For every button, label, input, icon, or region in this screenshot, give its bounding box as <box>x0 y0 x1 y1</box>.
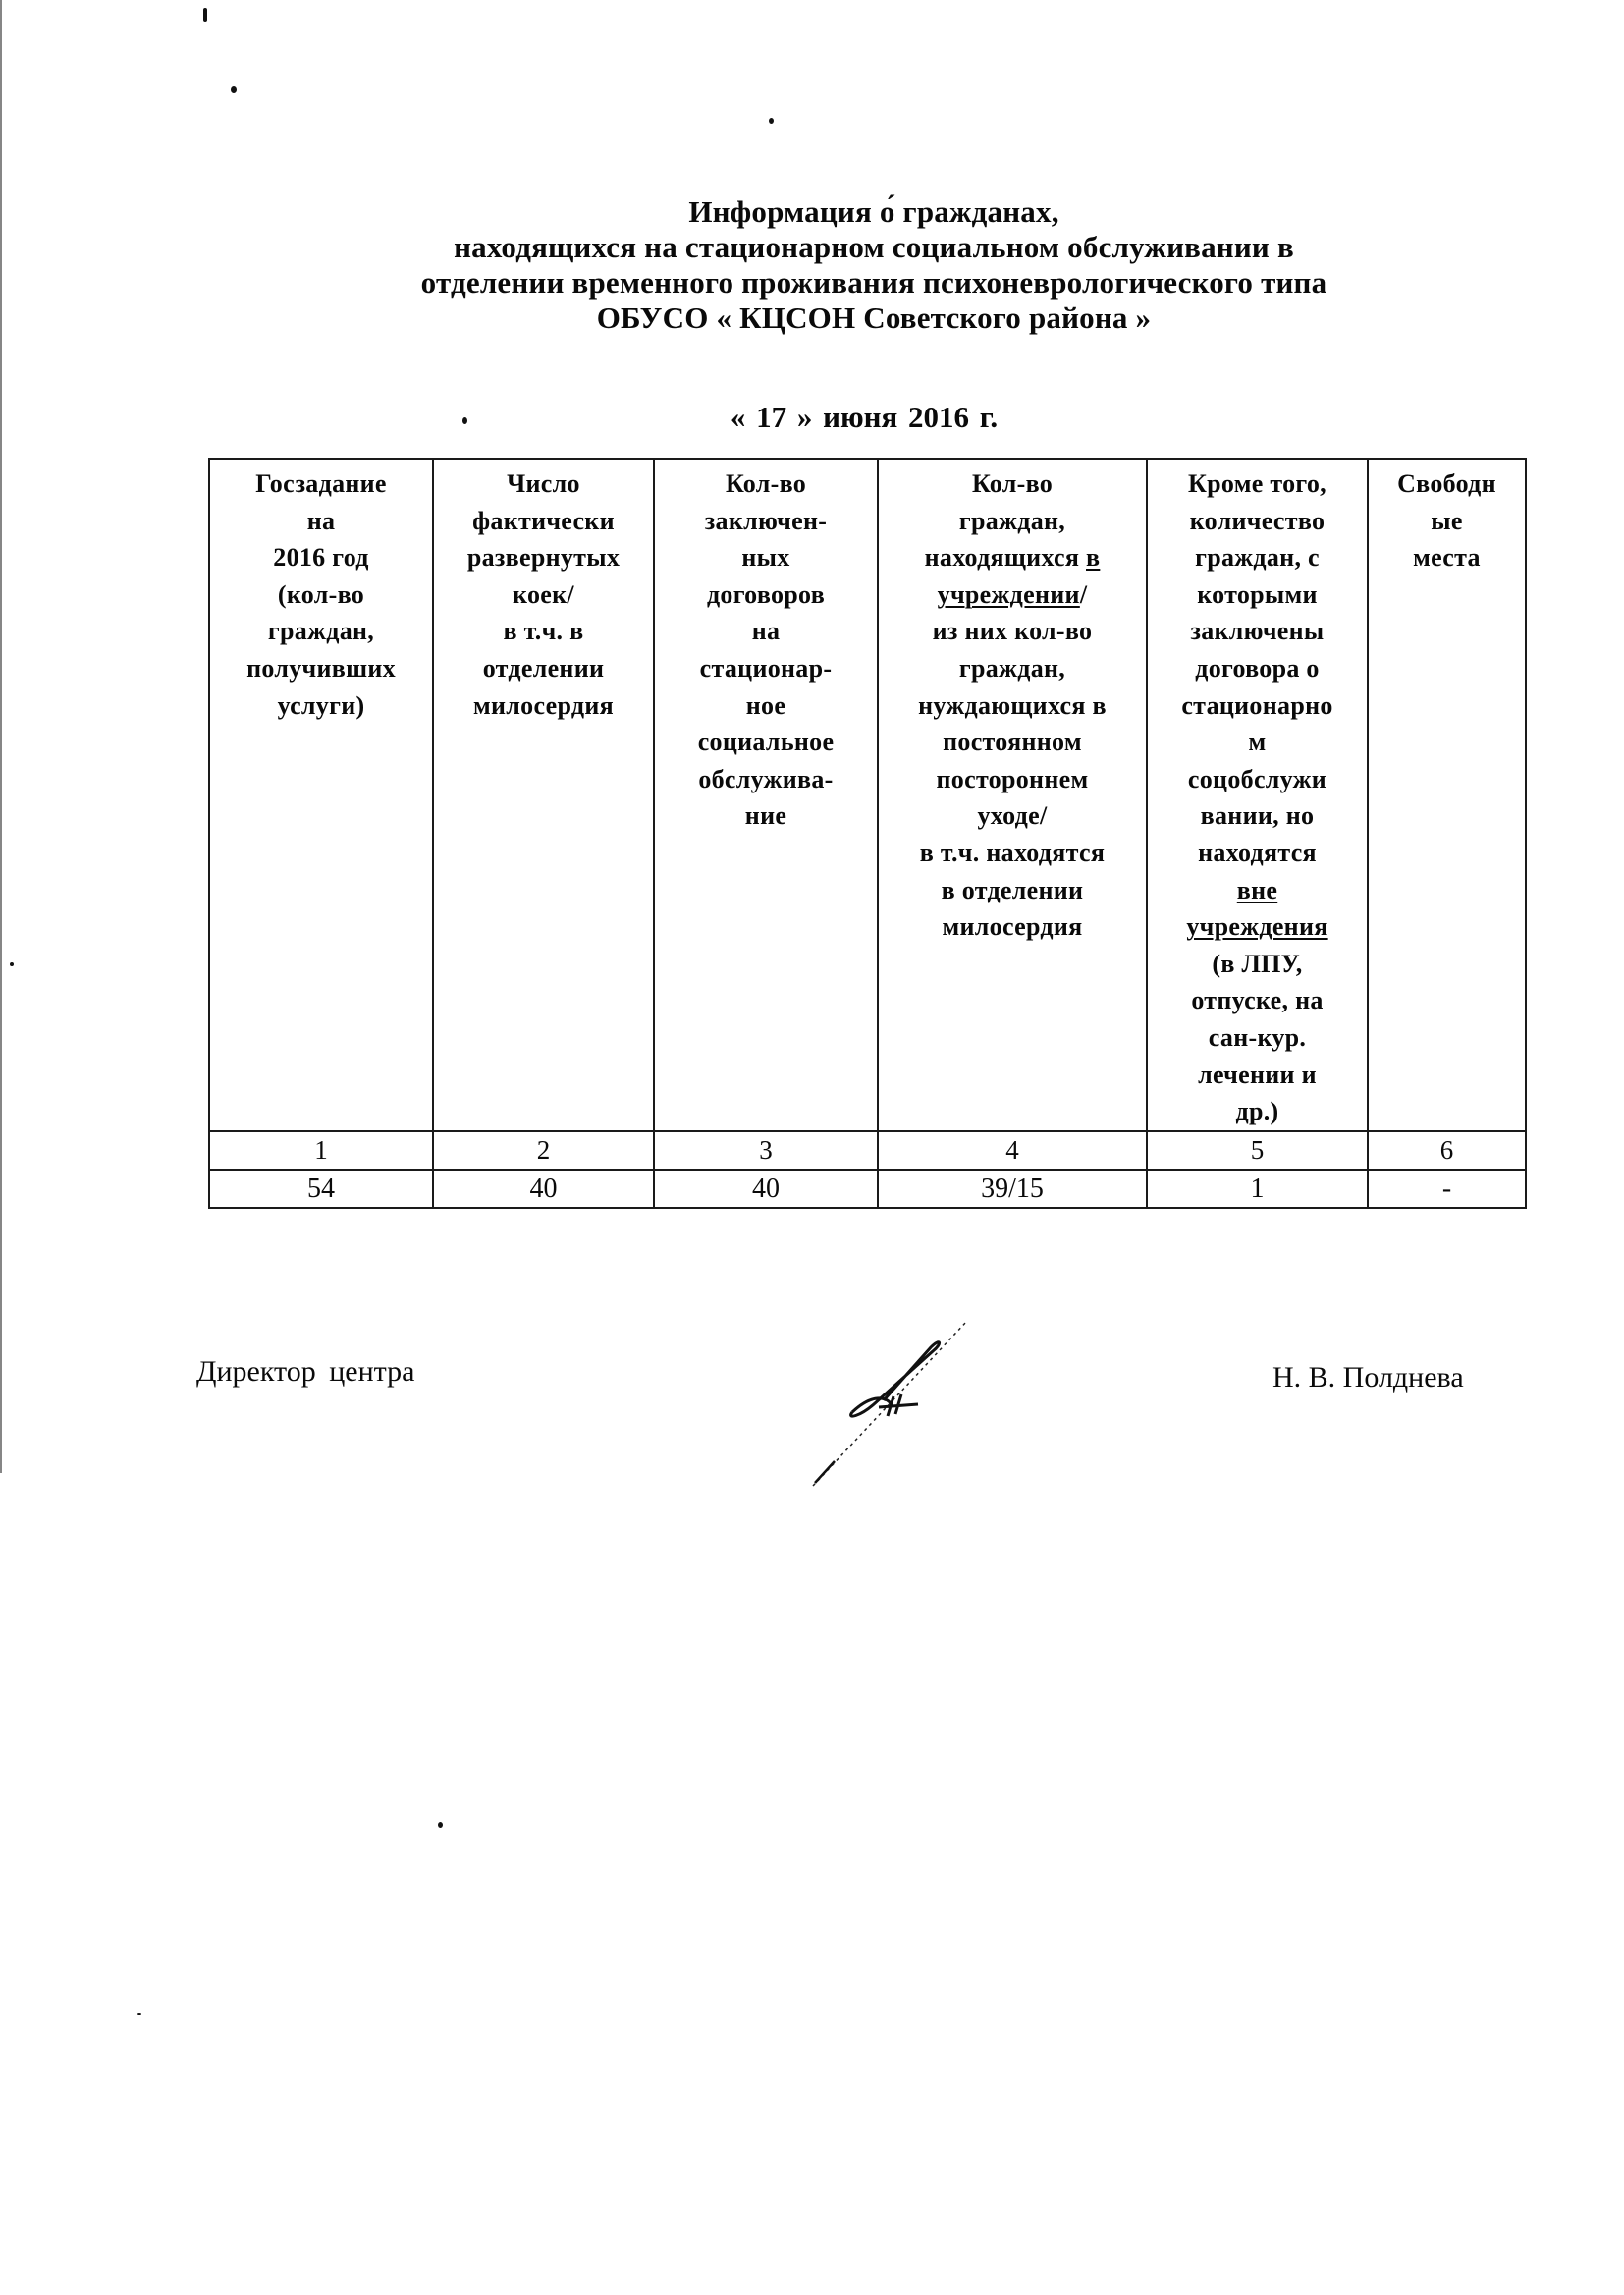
header-line: социальное <box>655 724 877 761</box>
scan-speck <box>137 2013 141 2015</box>
position-label: Директор центра <box>196 1355 414 1389</box>
header-line: вании, но <box>1148 797 1367 835</box>
scan-speck <box>231 86 237 93</box>
header-line: сан-кур. <box>1148 1019 1367 1057</box>
column-number: 4 <box>878 1131 1147 1170</box>
title-line: ОБУСО « КЦСОН Советского района » <box>255 301 1492 336</box>
header-line: отпуске, на <box>1148 982 1367 1019</box>
column-number: 1 <box>209 1131 433 1170</box>
title-line: находящихся на стационарном социальном о… <box>255 230 1492 265</box>
header-state-assignment: Госзаданиена2016 год(кол-вограждан,получ… <box>209 459 433 1131</box>
header-line: учреждении/ <box>879 576 1146 614</box>
column-number-row: 1 2 3 4 5 6 <box>209 1131 1526 1170</box>
document-title: Информация о́ гражданах, находящихся на … <box>255 194 1492 336</box>
header-line: количество <box>1148 503 1367 540</box>
header-line: милосердия <box>434 687 653 725</box>
table-header-row: Госзаданиена2016 год(кол-вограждан,получ… <box>209 459 1526 1131</box>
scan-speck <box>203 8 207 22</box>
header-line: из них кол-во <box>879 613 1146 650</box>
header-line: уходе/ <box>879 797 1146 835</box>
header-line: договора о <box>1148 650 1367 687</box>
column-number: 2 <box>433 1131 654 1170</box>
header-line: заключены <box>1148 613 1367 650</box>
header-line: договоров <box>655 576 877 614</box>
header-line: ние <box>655 797 877 835</box>
residents-table: Госзаданиена2016 год(кол-вограждан,получ… <box>208 458 1527 1209</box>
scan-speck <box>769 118 774 124</box>
title-line: Информация о́ гражданах, <box>255 194 1492 230</box>
header-line: м <box>1148 724 1367 761</box>
header-line: стационар- <box>655 650 877 687</box>
header-line: постороннем <box>879 761 1146 798</box>
header-line: Кроме того, <box>1148 465 1367 503</box>
header-deployed-beds: Числофактическиразвернутыхкоек/в т.ч. во… <box>433 459 654 1131</box>
header-line: милосердия <box>879 908 1146 946</box>
header-line: ное <box>655 687 877 725</box>
header-line: получивших <box>210 650 432 687</box>
header-line: ые <box>1369 503 1525 540</box>
header-line: отделении <box>434 650 653 687</box>
header-line: учреждения <box>1148 908 1367 946</box>
value-deployed-beds: 40 <box>433 1170 654 1208</box>
header-free-places: Свободныеместа <box>1368 459 1526 1131</box>
value-citizens-in-institution: 39/15 <box>878 1170 1147 1208</box>
header-line: вне <box>1148 872 1367 909</box>
header-line: на <box>210 503 432 540</box>
header-line: находятся <box>1148 835 1367 872</box>
header-line: фактически <box>434 503 653 540</box>
header-line: 2016 год <box>210 539 432 576</box>
scan-edge-line <box>0 0 2 1473</box>
header-line: лечении и <box>1148 1057 1367 1094</box>
title-line: отделении временного проживания психонев… <box>255 265 1492 301</box>
header-line: в т.ч. в <box>434 613 653 650</box>
header-citizens-in-institution: Кол-вограждан,находящихся вучреждении/из… <box>878 459 1147 1131</box>
column-number: 5 <box>1147 1131 1368 1170</box>
header-line: коек/ <box>434 576 653 614</box>
scan-speck <box>438 1822 443 1828</box>
header-line: в т.ч. находятся <box>879 835 1146 872</box>
header-line: граждан, с <box>1148 539 1367 576</box>
header-line: ных <box>655 539 877 576</box>
report-date: « 17 » июня 2016 г. <box>550 400 1178 435</box>
header-line: граждан, <box>879 503 1146 540</box>
header-line: услуги) <box>210 687 432 725</box>
header-line: обслужива- <box>655 761 877 798</box>
value-state-assignment: 54 <box>209 1170 433 1208</box>
signature-icon <box>795 1306 992 1503</box>
table-row: 54 40 40 39/15 1 - <box>209 1170 1526 1208</box>
scan-speck <box>462 417 467 424</box>
header-line: нуждающихся в <box>879 687 1146 725</box>
scan-speck <box>10 962 14 966</box>
header-line: (кол-во <box>210 576 432 614</box>
header-citizens-outside: Кроме того,количествограждан, скоторымиз… <box>1147 459 1368 1131</box>
header-line: Число <box>434 465 653 503</box>
header-line: в отделении <box>879 872 1146 909</box>
column-number: 3 <box>654 1131 878 1170</box>
column-number: 6 <box>1368 1131 1526 1170</box>
header-line: граждан, <box>879 650 1146 687</box>
header-line: (в ЛПУ, <box>1148 946 1367 983</box>
header-line: граждан, <box>210 613 432 650</box>
header-line: Госзадание <box>210 465 432 503</box>
header-line: стационарно <box>1148 687 1367 725</box>
header-line: др.) <box>1148 1093 1367 1130</box>
header-contracts: Кол-возаключен-ныхдоговоровнастационар-н… <box>654 459 878 1131</box>
header-line: развернутых <box>434 539 653 576</box>
header-line: заключен- <box>655 503 877 540</box>
header-line: на <box>655 613 877 650</box>
header-line: постоянном <box>879 724 1146 761</box>
value-citizens-outside: 1 <box>1147 1170 1368 1208</box>
header-line: Кол-во <box>879 465 1146 503</box>
value-contracts: 40 <box>654 1170 878 1208</box>
header-line: которыми <box>1148 576 1367 614</box>
header-line: места <box>1369 539 1525 576</box>
signer-name: Н. В. Полднева <box>1272 1361 1464 1394</box>
header-line: Свободн <box>1369 465 1525 503</box>
header-line: находящихся в <box>879 539 1146 576</box>
header-line: Кол-во <box>655 465 877 503</box>
value-free-places: - <box>1368 1170 1526 1208</box>
header-line: соцобслужи <box>1148 761 1367 798</box>
